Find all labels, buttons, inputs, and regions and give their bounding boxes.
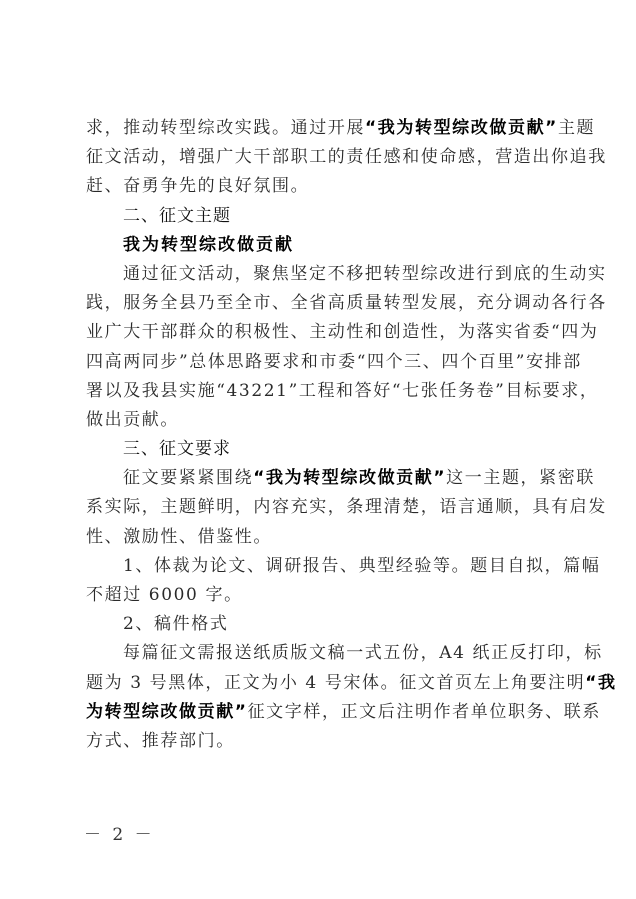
section-heading-theme: 二、征文主题	[86, 202, 554, 231]
section2-line-1: 通过征文活动，聚焦坚定不移把转型综改进行到底的生动实	[86, 260, 554, 289]
section3-para1-line-3: 性、激励性、借鉴性。	[86, 523, 554, 552]
theme-title: 我为转型综改做贡献	[86, 231, 554, 260]
para-text: 题为 3 号黑体，正文为小 4 号宋体。征文首页左上角要注明	[86, 673, 585, 693]
para-text: 这一主题，紧密联	[446, 468, 595, 488]
section2-line-4: 四高两同步”总体思路要求和市委“四个三、四个百里”安排部	[86, 348, 554, 377]
document-page: 求，推动转型综改实践。通过开展“我为转型综改做贡献”主题 征文活动，增强广大干部…	[86, 114, 554, 756]
item2-line-3: 为转型综改做贡献”征文字样，正文后注明作者单位职务、联系	[86, 698, 554, 727]
section2-line-6: 做出贡献。	[86, 406, 554, 435]
intro-text: 求，推动转型综改实践。通过开展	[86, 118, 365, 138]
theme-quote-end: 为转型综改做贡献”	[86, 702, 248, 722]
intro-line-3: 赶、奋勇争先的良好氛围。	[86, 172, 554, 201]
theme-quote: “我为转型综改做贡献”	[365, 118, 558, 138]
intro-line-1: 求，推动转型综改实践。通过开展“我为转型综改做贡献”主题	[86, 114, 554, 143]
para-text: 征文要紧紧围绕	[123, 468, 253, 488]
page-number: － 2 －	[84, 820, 155, 845]
section3-para1-line-1: 征文要紧紧围绕“我为转型综改做贡献”这一主题，紧密联	[86, 464, 554, 493]
item2-line-4: 方式、推荐部门。	[86, 727, 554, 756]
item1-line-2: 不超过 6000 字。	[86, 581, 554, 610]
intro-line-2: 征文活动，增强广大干部职工的责任感和使命感，营造出你追我	[86, 143, 554, 172]
theme-quote-start: “我	[585, 673, 616, 693]
theme-quote: “我为转型综改做贡献”	[253, 468, 446, 488]
section2-line-2: 践，服务全县乃至全市、全省高质量转型发展，充分调动各行各	[86, 289, 554, 318]
section2-line-5: 署以及我县实施“43221”工程和答好“七张任务卷”目标要求，	[86, 377, 554, 406]
para-text: 征文字样，正文后注明作者单位职务、联系	[248, 702, 601, 722]
item1-line-1: 1、体裁为论文、调研报告、典型经验等。题目自拟，篇幅	[86, 552, 554, 581]
section2-line-3: 业广大干部群众的积极性、主动性和创造性，为落实省委“四为	[86, 318, 554, 347]
item2-line-1: 每篇征文需报送纸质版文稿一式五份，A4 纸正反打印，标	[86, 639, 554, 668]
intro-text: 主题	[558, 118, 595, 138]
section-heading-requirements: 三、征文要求	[86, 435, 554, 464]
item2-heading: 2、稿件格式	[86, 610, 554, 639]
item2-line-2: 题为 3 号黑体，正文为小 4 号宋体。征文首页左上角要注明“我	[86, 669, 554, 698]
section3-para1-line-2: 系实际，主题鲜明，内容充实，条理清楚，语言通顺，具有启发	[86, 493, 554, 522]
